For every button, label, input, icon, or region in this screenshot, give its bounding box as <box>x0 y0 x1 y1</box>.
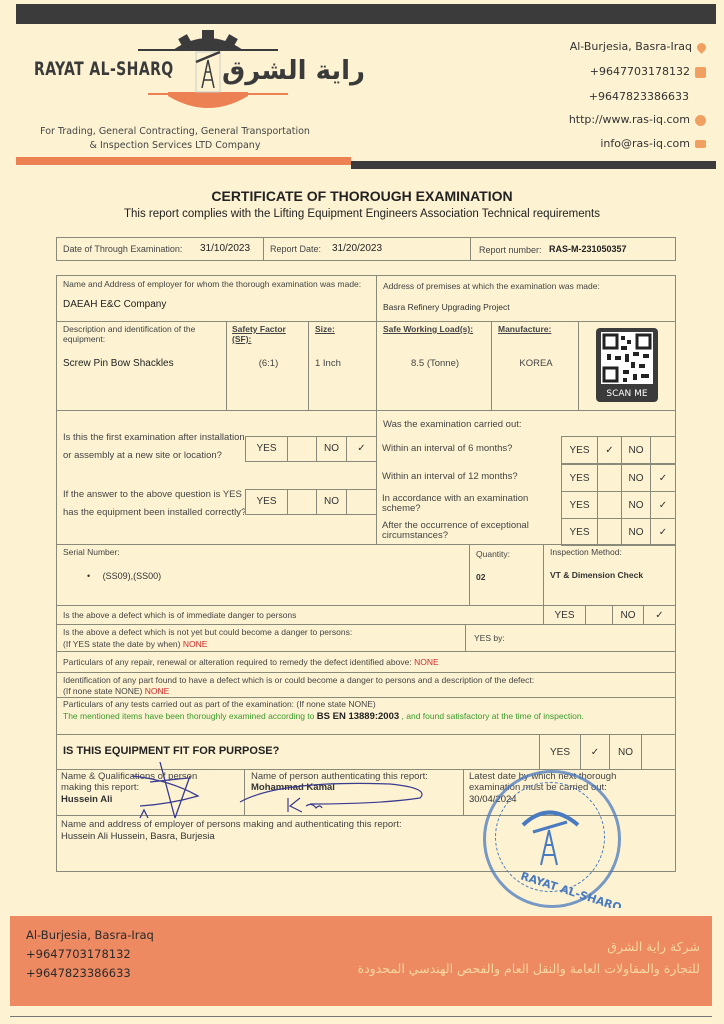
footer-band: Al-Burjesia, Basra-Iraq +9647703178132 +… <box>10 916 712 1006</box>
location-pin-icon <box>695 41 708 54</box>
footer-contacts: Al-Burjesia, Basra-Iraq +9647703178132 +… <box>26 926 154 983</box>
globe-icon <box>695 115 706 126</box>
tagline-line-1: For Trading, General Contracting, Genera… <box>30 125 320 139</box>
inspection-method-cell: Inspection Method: VT & Dimension Check <box>543 544 676 606</box>
size-value: 1 Inch <box>315 358 341 369</box>
manufacture-cell: Manufacture: KOREA <box>491 321 579 411</box>
inspection-method-value: VT & Dimension Check <box>550 570 643 580</box>
immediate-danger-no-box[interactable]: ✓ <box>643 605 676 625</box>
footer-rule <box>10 1016 712 1017</box>
future-danger-cell: Is the above a defect which is not yet b… <box>56 624 466 652</box>
company-name-ar: راية الشرق <box>222 56 365 86</box>
carried-out-no-box[interactable] <box>650 436 676 464</box>
first-exam-no-box[interactable]: ✓ <box>346 436 377 462</box>
employer-name: DAEAH E&C Company <box>63 299 166 310</box>
fit-yes-box[interactable]: ✓ <box>580 734 610 770</box>
carried-out-no-box[interactable]: ✓ <box>650 491 676 519</box>
equipment-description: Screw Pin Bow Shackles <box>63 358 174 369</box>
qr-code-icon <box>601 332 653 384</box>
carried-out-yes[interactable]: YES <box>561 518 598 546</box>
mail-icon <box>695 140 706 148</box>
fit-no[interactable]: NO <box>609 734 642 770</box>
quantity-cell: Quantity: 02 <box>469 544 544 606</box>
manufacture-value: KOREA <box>492 358 580 369</box>
first-exam-block: Is this the first examination after inst… <box>56 410 377 545</box>
maker-name: Hussein Ali <box>61 794 112 805</box>
carried-out-yes-box[interactable]: ✓ <box>597 436 622 464</box>
carried-out-yes[interactable]: YES <box>561 491 598 519</box>
fit-no-box[interactable] <box>641 734 676 770</box>
carried-out-no-box[interactable]: ✓ <box>650 464 676 492</box>
footer-arabic-line-1: شركة راية الشرق <box>280 936 700 958</box>
carried-out-question: In accordance with an examination scheme… <box>382 494 557 514</box>
safety-factor-value: (6:1) <box>227 358 310 369</box>
exam-date-cell: Date of Through Examination: 31/10/2023 <box>56 237 264 261</box>
certificate-subtitle: This report complies with the Lifting Eq… <box>0 208 724 220</box>
identification-cell: Identification of any part found to have… <box>56 672 676 698</box>
exam-date: 31/10/2023 <box>200 243 250 254</box>
contact-phone-2[interactable]: +9647823386633 <box>429 90 689 103</box>
maker-signature-icon <box>130 762 220 822</box>
contact-phone-1[interactable]: +9647703178132 <box>446 65 706 78</box>
scan-me-label: SCAN ME <box>596 389 658 399</box>
authenticator-signature-icon <box>230 778 430 818</box>
certificate-title: CERTIFICATE OF THOROUGH EXAMINATION <box>0 188 724 204</box>
installed-no[interactable]: NO <box>316 489 347 515</box>
company-tagline: For Trading, General Contracting, Genera… <box>30 125 320 153</box>
first-exam-yes[interactable]: YES <box>245 436 288 462</box>
repair-value: NONE <box>414 657 439 667</box>
footer-phone-1[interactable]: +9647703178132 <box>26 945 154 964</box>
carried-out-no[interactable]: NO <box>621 518 651 546</box>
contact-email[interactable]: info@ras-iq.com <box>446 137 706 150</box>
company-name-en: RAYAT AL-SHARQ <box>34 58 174 80</box>
carried-out-no[interactable]: NO <box>621 436 651 464</box>
immediate-danger-yes-box[interactable] <box>585 605 613 625</box>
carried-out-no-box[interactable]: ✓ <box>650 518 676 546</box>
tests-cell: Particulars of any tests carried out as … <box>56 697 676 735</box>
carried-out-yes[interactable]: YES <box>561 464 598 492</box>
serial-cell: Serial Number: • (SS09),(SS00) <box>56 544 470 606</box>
quantity-value: 02 <box>476 572 485 582</box>
installed-no-box[interactable] <box>346 489 377 515</box>
swl-cell: Safe Working Load(s): 8.5 (Tonne) <box>376 321 492 411</box>
carried-out-yes-box[interactable] <box>597 518 622 546</box>
carried-out-question: Within an interval of 6 months? <box>382 444 557 454</box>
contact-website[interactable]: http://www.ras-iq.com <box>446 113 706 126</box>
immediate-danger-cell: Is the above a defect which is of immedi… <box>56 605 544 625</box>
svg-text:RAYAT AL-SHARQ Co.: RAYAT AL-SHARQ Co. <box>519 869 621 908</box>
phone-icon <box>695 67 706 78</box>
immediate-danger-no[interactable]: NO <box>612 605 644 625</box>
carried-out-no[interactable]: NO <box>621 464 651 492</box>
contact-address: Al-Burjesia, Basra-Iraq <box>446 40 706 53</box>
size-cell: Size: 1 Inch <box>308 321 377 411</box>
first-exam-no[interactable]: NO <box>316 436 347 462</box>
header-orange-bar <box>16 157 351 165</box>
carried-out-yes-box[interactable] <box>597 491 622 519</box>
first-exam-yes-box[interactable] <box>287 436 317 462</box>
report-date-cell: Report Date: 31/20/2023 <box>263 237 471 261</box>
qr-code[interactable]: SCAN ME <box>596 328 658 402</box>
fit-yes[interactable]: YES <box>539 734 581 770</box>
safety-factor-cell: Safety Factor (SF): (6:1) <box>226 321 309 411</box>
report-number-cell: Report number: RAS-M-231050357 <box>470 237 676 261</box>
test-standard: BS EN 13889:2003 <box>317 711 399 722</box>
repair-cell: Particulars of any repair, renewal or al… <box>56 651 676 673</box>
footer-arabic: شركة راية الشرق للتجارة والمقاولات العام… <box>280 936 700 980</box>
carried-out-question: After the occurrence of exceptional circ… <box>382 521 557 541</box>
employer-cell: Name and Address of employer for whom th… <box>56 275 377 322</box>
footer-address: Al-Burjesia, Basra-Iraq <box>26 926 154 945</box>
premises-cell: Address of premises at which the examina… <box>376 275 676 322</box>
tagline-line-2: & Inspection Services LTD Company <box>30 139 320 153</box>
employer-persons-value: Hussein Ali Hussein, Basra, Burjesia <box>61 831 215 842</box>
yes-by-cell: YES by: <box>465 624 676 652</box>
carried-out-yes[interactable]: YES <box>561 436 598 464</box>
future-danger-value: NONE <box>183 639 208 649</box>
carried-out-yes-box[interactable] <box>597 464 622 492</box>
immediate-danger-yes[interactable]: YES <box>543 605 586 625</box>
carried-out-no[interactable]: NO <box>621 491 651 519</box>
qr-cell: SCAN ME <box>578 321 676 411</box>
carried-out-question: Within an interval of 12 months? <box>382 472 557 482</box>
installed-yes[interactable]: YES <box>245 489 288 515</box>
stamp-logo-icon: RAYAT AL-SHARQ Co. <box>483 770 621 908</box>
swl-value: 8.5 (Tonne) <box>377 358 493 369</box>
report-date: 31/20/2023 <box>332 243 382 254</box>
fit-for-purpose-cell: IS THIS EQUIPMENT FIT FOR PURPOSE? <box>56 734 540 770</box>
tests-value: The mentioned items have been thoroughly… <box>63 711 623 722</box>
identification-value: NONE <box>145 686 170 696</box>
premises-value: Basra Refinery Upgrading Project <box>383 302 510 312</box>
report-number: RAS-M-231050357 <box>549 244 627 254</box>
footer-phone-2[interactable]: +9647823386633 <box>26 964 154 983</box>
serial-value: • (SS09),(SS00) <box>87 571 161 581</box>
header-dark-bar-2 <box>351 161 716 169</box>
installed-yes-box[interactable] <box>287 489 317 515</box>
equipment-desc-cell: Description and identification of the eq… <box>56 321 227 411</box>
header-dark-bar <box>16 4 716 24</box>
footer-arabic-line-2: للتجارة والمقاولات العامة والنقل العام و… <box>280 958 700 980</box>
